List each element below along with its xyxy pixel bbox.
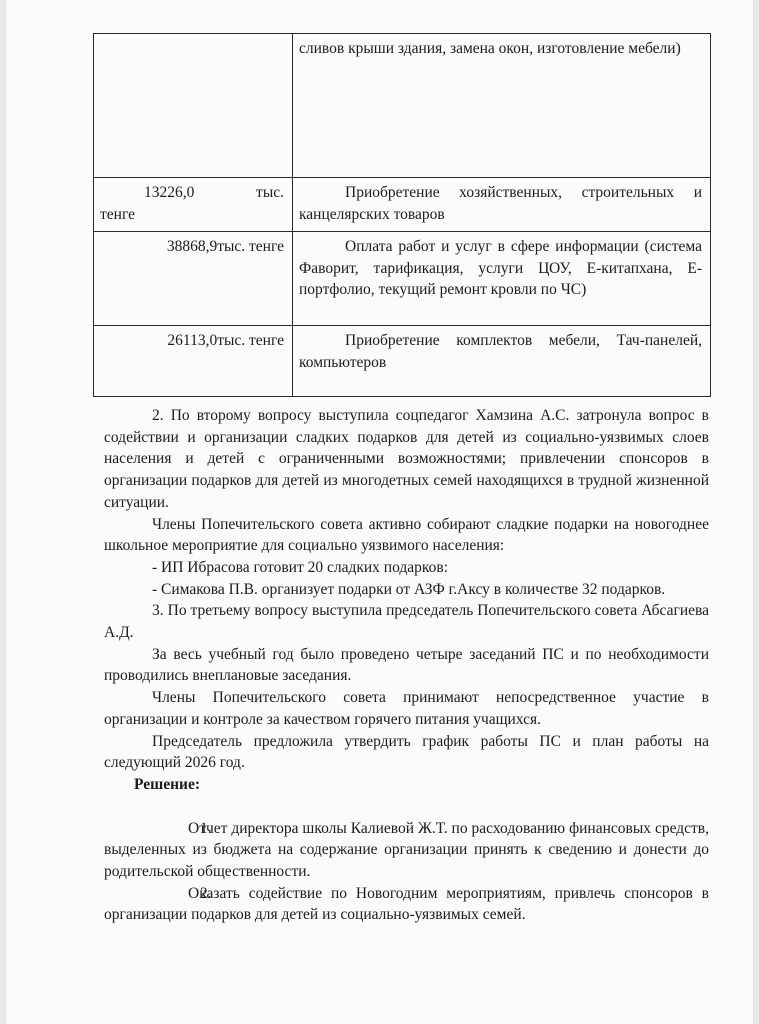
table-cell-description: Приобретение комплектов мебели, Тач-пане… (293, 326, 711, 397)
decision-list: 1.Отчет директора школы Калиевой Ж.Т. по… (104, 818, 709, 927)
amount-currency: тенге (100, 204, 284, 226)
table-cell-amount: 26113,0тыс. тенге (94, 326, 293, 397)
description-text: Приобретение хозяйственных, строительных… (299, 184, 702, 223)
paragraph-work-plan: Председатель предложила утвердить график… (104, 731, 709, 774)
paragraph-meetings: За весь учебный год было проведено четыр… (104, 644, 709, 687)
table-cell-amount: 13226,0 тыс. тенге (94, 178, 293, 232)
table-row: 13226,0 тыс. тенге Приобретение хозяйств… (94, 178, 711, 232)
table-row: 38868,9тыс. тенге Оплата работ и услуг в… (94, 232, 711, 326)
budget-expenses-table: сливов крыши здания, замена окон, изгото… (93, 33, 711, 397)
table-cell-description: Приобретение хозяйственных, строительных… (293, 178, 711, 232)
paragraph-third-question: 3. По третьему вопросу выступила председ… (104, 600, 709, 643)
list-item-simakova: - Симакова П.В. организует подарки от АЗ… (104, 579, 709, 601)
paragraph-second-question: 2. По второму вопросу выступила соцпедаг… (104, 405, 709, 514)
table-row: 26113,0тыс. тенге Приобретение комплекто… (94, 326, 711, 397)
table-cell-amount: 38868,9тыс. тенге (94, 232, 293, 326)
table-cell-description: сливов крыши здания, замена окон, изгото… (293, 34, 711, 178)
decision-number: 2. (152, 883, 188, 905)
spacer (104, 796, 709, 818)
description-text: Оплата работ и услуг в сфере информации … (299, 238, 702, 298)
document-page: сливов крыши здания, замена окон, изгото… (6, 0, 753, 1024)
list-item-ibrasova: - ИП Ибрасова готовит 20 сладких подарко… (104, 557, 709, 579)
decision-text: Оказать содействие по Новогодним меропри… (104, 885, 709, 924)
decision-heading: Решение: (104, 774, 709, 796)
amount-line: 13226,0 тыс. (100, 182, 284, 204)
amount-unit: тыс. (256, 182, 284, 204)
decision-item: 2.Оказать содействие по Новогодним мероп… (104, 883, 709, 926)
paragraph-hot-meals: Члены Попечительского совета принимают н… (104, 687, 709, 730)
decision-text: Отчет директора школы Калиевой Ж.Т. по р… (104, 820, 709, 880)
description-text: Приобретение комплектов мебели, Тач-пане… (299, 332, 702, 371)
paragraph-council-gifts: Члены Попечительского совета активно соб… (104, 514, 709, 557)
decision-item: 1.Отчет директора школы Калиевой Ж.Т. по… (104, 818, 709, 883)
amount-value: 13226,0 (144, 182, 194, 204)
table-cell-amount (94, 34, 293, 178)
minutes-body: 2. По второму вопросу выступила соцпедаг… (104, 405, 709, 926)
table-row: сливов крыши здания, замена окон, изгото… (94, 34, 711, 178)
decision-number: 1. (152, 818, 188, 840)
table-cell-description: Оплата работ и услуг в сфере информации … (293, 232, 711, 326)
